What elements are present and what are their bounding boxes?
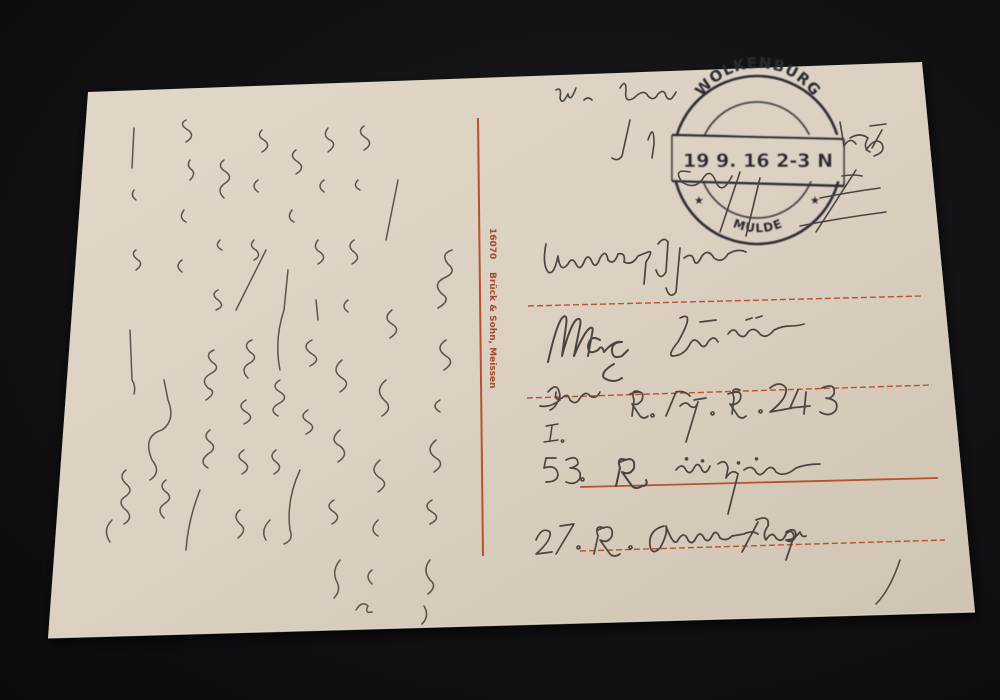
postmark-star-right: ★	[810, 194, 820, 207]
message-signoff-date: d. 17. 9.	[274, 526, 295, 601]
message-date: 25/9 12	[114, 531, 135, 601]
message-salutation: Lieber ...	[154, 518, 175, 601]
message-closing: Gruß	[194, 553, 215, 600]
publisher-number: 16070	[487, 228, 497, 259]
message-year: 16.	[234, 571, 255, 600]
publisher-name: Brück & Sohn, Meissen	[487, 272, 497, 389]
postmark-date: 19 9. 16 2-3 N	[683, 150, 833, 172]
postmark-star-left: ★	[694, 194, 704, 207]
postcard-photo: 16070 Brück & Sohn, Meissen WOLKENBURG 1…	[0, 0, 1000, 700]
publisher-imprint: 16070 Brück & Sohn, Meissen	[487, 228, 497, 389]
